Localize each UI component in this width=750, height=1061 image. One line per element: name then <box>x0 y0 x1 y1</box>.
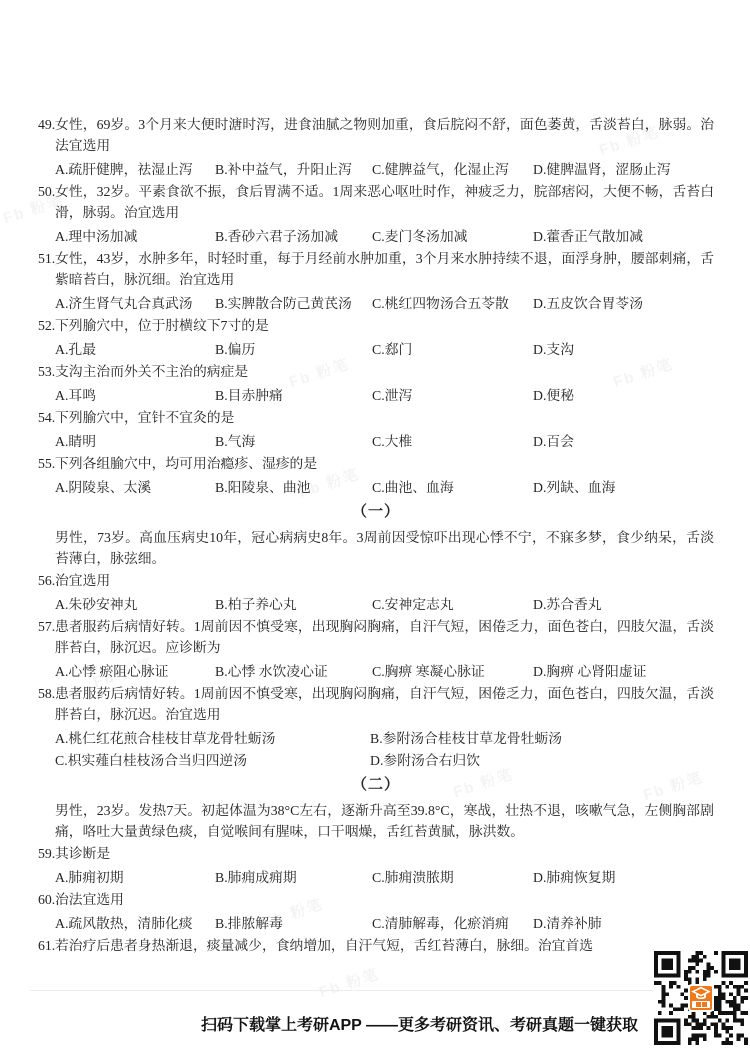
question-number: 56. <box>38 570 55 591</box>
question-number: 51. <box>38 248 55 269</box>
question-number: 59. <box>38 843 55 864</box>
option-A: A.肺痈初期 <box>55 867 215 888</box>
question-number: 53. <box>38 361 55 382</box>
question-number: 54. <box>38 407 55 428</box>
question-number: 55. <box>38 453 55 474</box>
option-B: B.目赤肿痛 <box>215 385 372 406</box>
question-number: 61. <box>38 935 55 956</box>
question-item: 56.治宜选用 <box>38 570 714 591</box>
case-vignette: 男性，23岁。发热7天。初起体温为38°C左右，逐渐升高至39.8°C，寒战，壮… <box>38 800 714 842</box>
question-stem: 女性，32岁。平素食欲不振，食后胃满不适。1周来恶心呕吐时作，神疲乏力，脘部痞闷… <box>55 181 714 223</box>
question-item: 61.若治疗后患者身热渐退，痰量减少，食纳增加，自汗气短，舌红苔薄白，脉细。治宜… <box>38 935 714 956</box>
option-row: A.肺痈初期B.肺痈成痈期C.肺痈溃脓期D.肺痈恢复期 <box>55 867 714 888</box>
option-C: C.健脾益气，化湿止泻 <box>372 159 533 180</box>
option-row: A.济生肾气丸合真武汤B.实脾散合防己黄芪汤C.桃红四物汤合五苓散D.五皮饮合胃… <box>55 293 714 314</box>
option-D: D.百会 <box>533 431 714 452</box>
qr-badge-label <box>692 1001 710 1008</box>
option-row: A.睛明B.气海C.大椎D.百会 <box>55 431 714 452</box>
question-stem: 女性，69岁。3个月来大便时溏时泻，进食油腻之物则加重，食后脘闷不舒，面色萎黄，… <box>55 114 714 156</box>
option-row: A.朱砂安神丸B.柏子养心丸C.安神定志丸D.苏合香丸 <box>55 594 714 615</box>
option-D: D.胸痹 心肾阳虚证 <box>533 661 714 682</box>
option-D: D.支沟 <box>533 339 714 360</box>
watermark: Fb 粉笔 <box>316 963 382 1002</box>
option-B: B.香砂六君子汤加减 <box>215 226 372 247</box>
option-C: C.清肺解毒，化瘀消痈 <box>372 913 533 934</box>
option-B: B.心悸 水饮凌心证 <box>215 661 372 682</box>
option-B: B.参附汤合桂枝甘草龙骨牡蛎汤 <box>370 728 714 749</box>
question-item: 53.支沟主治而外关不主治的病症是 <box>38 361 714 382</box>
option-A: A.疏肝健脾，祛湿止泻 <box>55 159 215 180</box>
footer-text: 扫码下载掌上考研APP ——更多考研资讯、考研真题一键获取 <box>201 1012 638 1035</box>
question-item: 52.下列腧穴中，位于肘横纹下7寸的是 <box>38 315 714 336</box>
option-B: B.偏历 <box>215 339 372 360</box>
option-D: D.五皮饮合胃苓汤 <box>533 293 714 314</box>
option-row: A.心悸 瘀阻心脉证B.心悸 水饮凌心证C.胸痹 寒凝心脉证D.胸痹 心肾阳虚证 <box>55 661 714 682</box>
option-row: A.疏风散热，清肺化痰B.排脓解毒C.清肺解毒，化瘀消痈D.清养补肺 <box>55 913 714 934</box>
question-list: 49.女性，69岁。3个月来大便时溏时泻，进食油腻之物则加重，食后脘闷不舒，面色… <box>38 113 714 956</box>
section-heading: （二） <box>38 775 714 796</box>
question-number: 52. <box>38 315 55 336</box>
question-item: 57.患者服药后病情好转。1周前因不慎受寒，出现胸闷胸痛，自汗气短，困倦乏力，面… <box>38 616 714 658</box>
option-B: B.气海 <box>215 431 372 452</box>
section-heading: （一） <box>38 502 714 523</box>
question-stem: 治宜选用 <box>55 570 714 591</box>
question-stem: 支沟主治而外关不主治的病症是 <box>55 361 714 382</box>
question-stem: 女性，43岁，水肿多年，时轻时重，每于月经前水肿加重，3个月来水肿持续不退，面浮… <box>55 248 714 290</box>
question-number: 49. <box>38 114 55 135</box>
question-stem: 若治疗后患者身热渐退，痰量减少，食纳增加，自汗气短，舌红苔薄白，脉细。治宜首选 <box>55 935 714 956</box>
option-D: D.清养补肺 <box>533 913 714 934</box>
question-item: 54.下列腧穴中，宜针不宜灸的是 <box>38 407 714 428</box>
option-A: A.耳鸣 <box>55 385 215 406</box>
option-C: C.桃红四物汤合五苓散 <box>372 293 533 314</box>
case-vignette: 男性，73岁。高血压病史10年，冠心病病史8年。3周前因受惊吓出现心悸不宁，不寐… <box>38 527 714 569</box>
option-A: A.心悸 瘀阻心脉证 <box>55 661 215 682</box>
option-D: D.健脾温肾，涩肠止泻 <box>533 159 714 180</box>
option-D: D.便秘 <box>533 385 714 406</box>
option-D: D.苏合香丸 <box>533 594 714 615</box>
question-stem: 下列腧穴中，位于肘横纹下7寸的是 <box>55 315 714 336</box>
option-row: A.疏肝健脾，祛湿止泻B.补中益气，升阳止泻C.健脾益气，化湿止泻D.健脾温肾，… <box>55 159 714 180</box>
option-A: A.理中汤加减 <box>55 226 215 247</box>
option-row: A.孔最B.偏历C.郄门D.支沟 <box>55 339 714 360</box>
option-A: A.睛明 <box>55 431 215 452</box>
option-D: D.藿香正气散加减 <box>533 226 714 247</box>
option-B: B.肺痈成痈期 <box>215 867 372 888</box>
option-A: A.阴陵泉、太溪 <box>55 477 215 498</box>
option-B: B.阳陵泉、曲池 <box>215 477 372 498</box>
option-C: C.胸痹 寒凝心脉证 <box>372 661 533 682</box>
option-A: A.孔最 <box>55 339 215 360</box>
option-row: A.桃仁红花煎合桂枝甘草龙骨牡蛎汤B.参附汤合桂枝甘草龙骨牡蛎汤C.枳实薤白桂枝… <box>55 728 714 771</box>
question-stem: 患者服药后病情好转。1周前因不慎受寒，出现胸闷胸痛，自汗气短，困倦乏力，面色苍白… <box>55 616 714 658</box>
footer-divider <box>30 990 672 991</box>
option-B: B.实脾散合防己黄芪汤 <box>215 293 372 314</box>
question-item: 60.治法宜选用 <box>38 889 714 910</box>
question-stem: 下列各组腧穴中，均可用治瘾疹、湿疹的是 <box>55 453 714 474</box>
option-D: D.肺痈恢复期 <box>533 867 714 888</box>
option-D: D.参附汤合右归饮 <box>370 750 714 771</box>
option-row: A.理中汤加减B.香砂六君子汤加减C.麦门冬汤加减D.藿香正气散加减 <box>55 226 714 247</box>
option-row: A.耳鸣B.目赤肿痛C.泄泻D.便秘 <box>55 385 714 406</box>
question-stem: 治法宜选用 <box>55 889 714 910</box>
question-item: 59.其诊断是 <box>38 843 714 864</box>
option-C: C.曲池、血海 <box>372 477 533 498</box>
question-number: 57. <box>38 616 55 637</box>
qr-center-badge <box>688 984 714 1012</box>
option-C: C.泄泻 <box>372 385 533 406</box>
option-C: C.麦门冬汤加减 <box>372 226 533 247</box>
option-C: C.肺痈溃脓期 <box>372 867 533 888</box>
option-C: C.郄门 <box>372 339 533 360</box>
option-A: A.朱砂安神丸 <box>55 594 215 615</box>
option-A: A.桃仁红花煎合桂枝甘草龙骨牡蛎汤 <box>55 728 370 749</box>
option-C: C.枳实薤白桂枝汤合当归四逆汤 <box>55 750 370 771</box>
question-item: 58.患者服药后病情好转。1周前因不慎受寒，出现胸闷胸痛，自汗气短，困倦乏力，面… <box>38 683 714 725</box>
question-item: 50.女性，32岁。平素食欲不振，食后胃满不适。1周来恶心呕吐时作，神疲乏力，脘… <box>38 181 714 223</box>
option-C: C.安神定志丸 <box>372 594 533 615</box>
graduation-cap-icon <box>691 986 711 1002</box>
question-item: 55.下列各组腧穴中，均可用治瘾疹、湿疹的是 <box>38 453 714 474</box>
option-B: B.补中益气，升阳止泻 <box>215 159 372 180</box>
question-stem: 其诊断是 <box>55 843 714 864</box>
option-A: A.济生肾气丸合真武汤 <box>55 293 215 314</box>
question-stem: 患者服药后病情好转。1周前因不慎受寒，出现胸闷胸痛，自汗气短，困倦乏力，面色苍白… <box>55 683 714 725</box>
qr-code <box>654 951 748 1045</box>
option-row: A.阴陵泉、太溪B.阳陵泉、曲池C.曲池、血海D.列缺、血海 <box>55 477 714 498</box>
option-B: B.排脓解毒 <box>215 913 372 934</box>
question-item: 51.女性，43岁，水肿多年，时轻时重，每于月经前水肿加重，3个月来水肿持续不退… <box>38 248 714 290</box>
option-C: C.大椎 <box>372 431 533 452</box>
question-number: 60. <box>38 889 55 910</box>
question-stem: 下列腧穴中，宜针不宜灸的是 <box>55 407 714 428</box>
question-number: 58. <box>38 683 55 704</box>
question-item: 49.女性，69岁。3个月来大便时溏时泻，进食油腻之物则加重，食后脘闷不舒，面色… <box>38 114 714 156</box>
option-D: D.列缺、血海 <box>533 477 714 498</box>
option-A: A.疏风散热，清肺化痰 <box>55 913 215 934</box>
question-number: 50. <box>38 181 55 202</box>
option-B: B.柏子养心丸 <box>215 594 372 615</box>
